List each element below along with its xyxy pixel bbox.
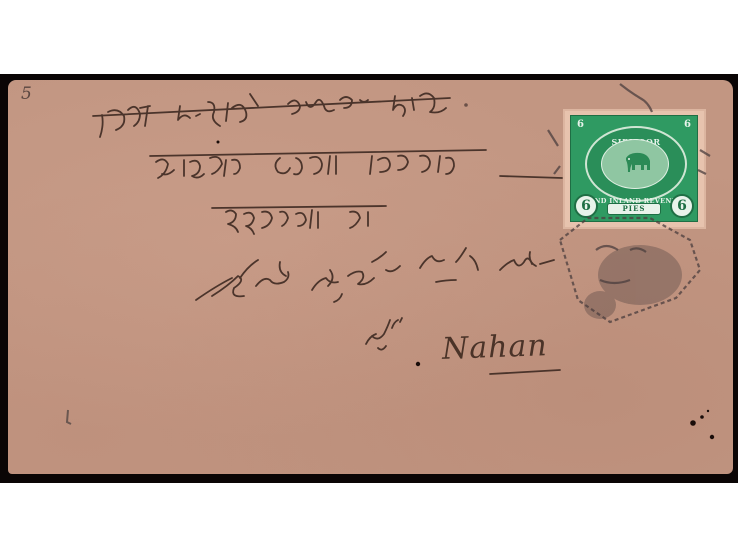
postmark-layer [0,0,740,557]
address-city-nahan: Nahan [441,328,548,367]
